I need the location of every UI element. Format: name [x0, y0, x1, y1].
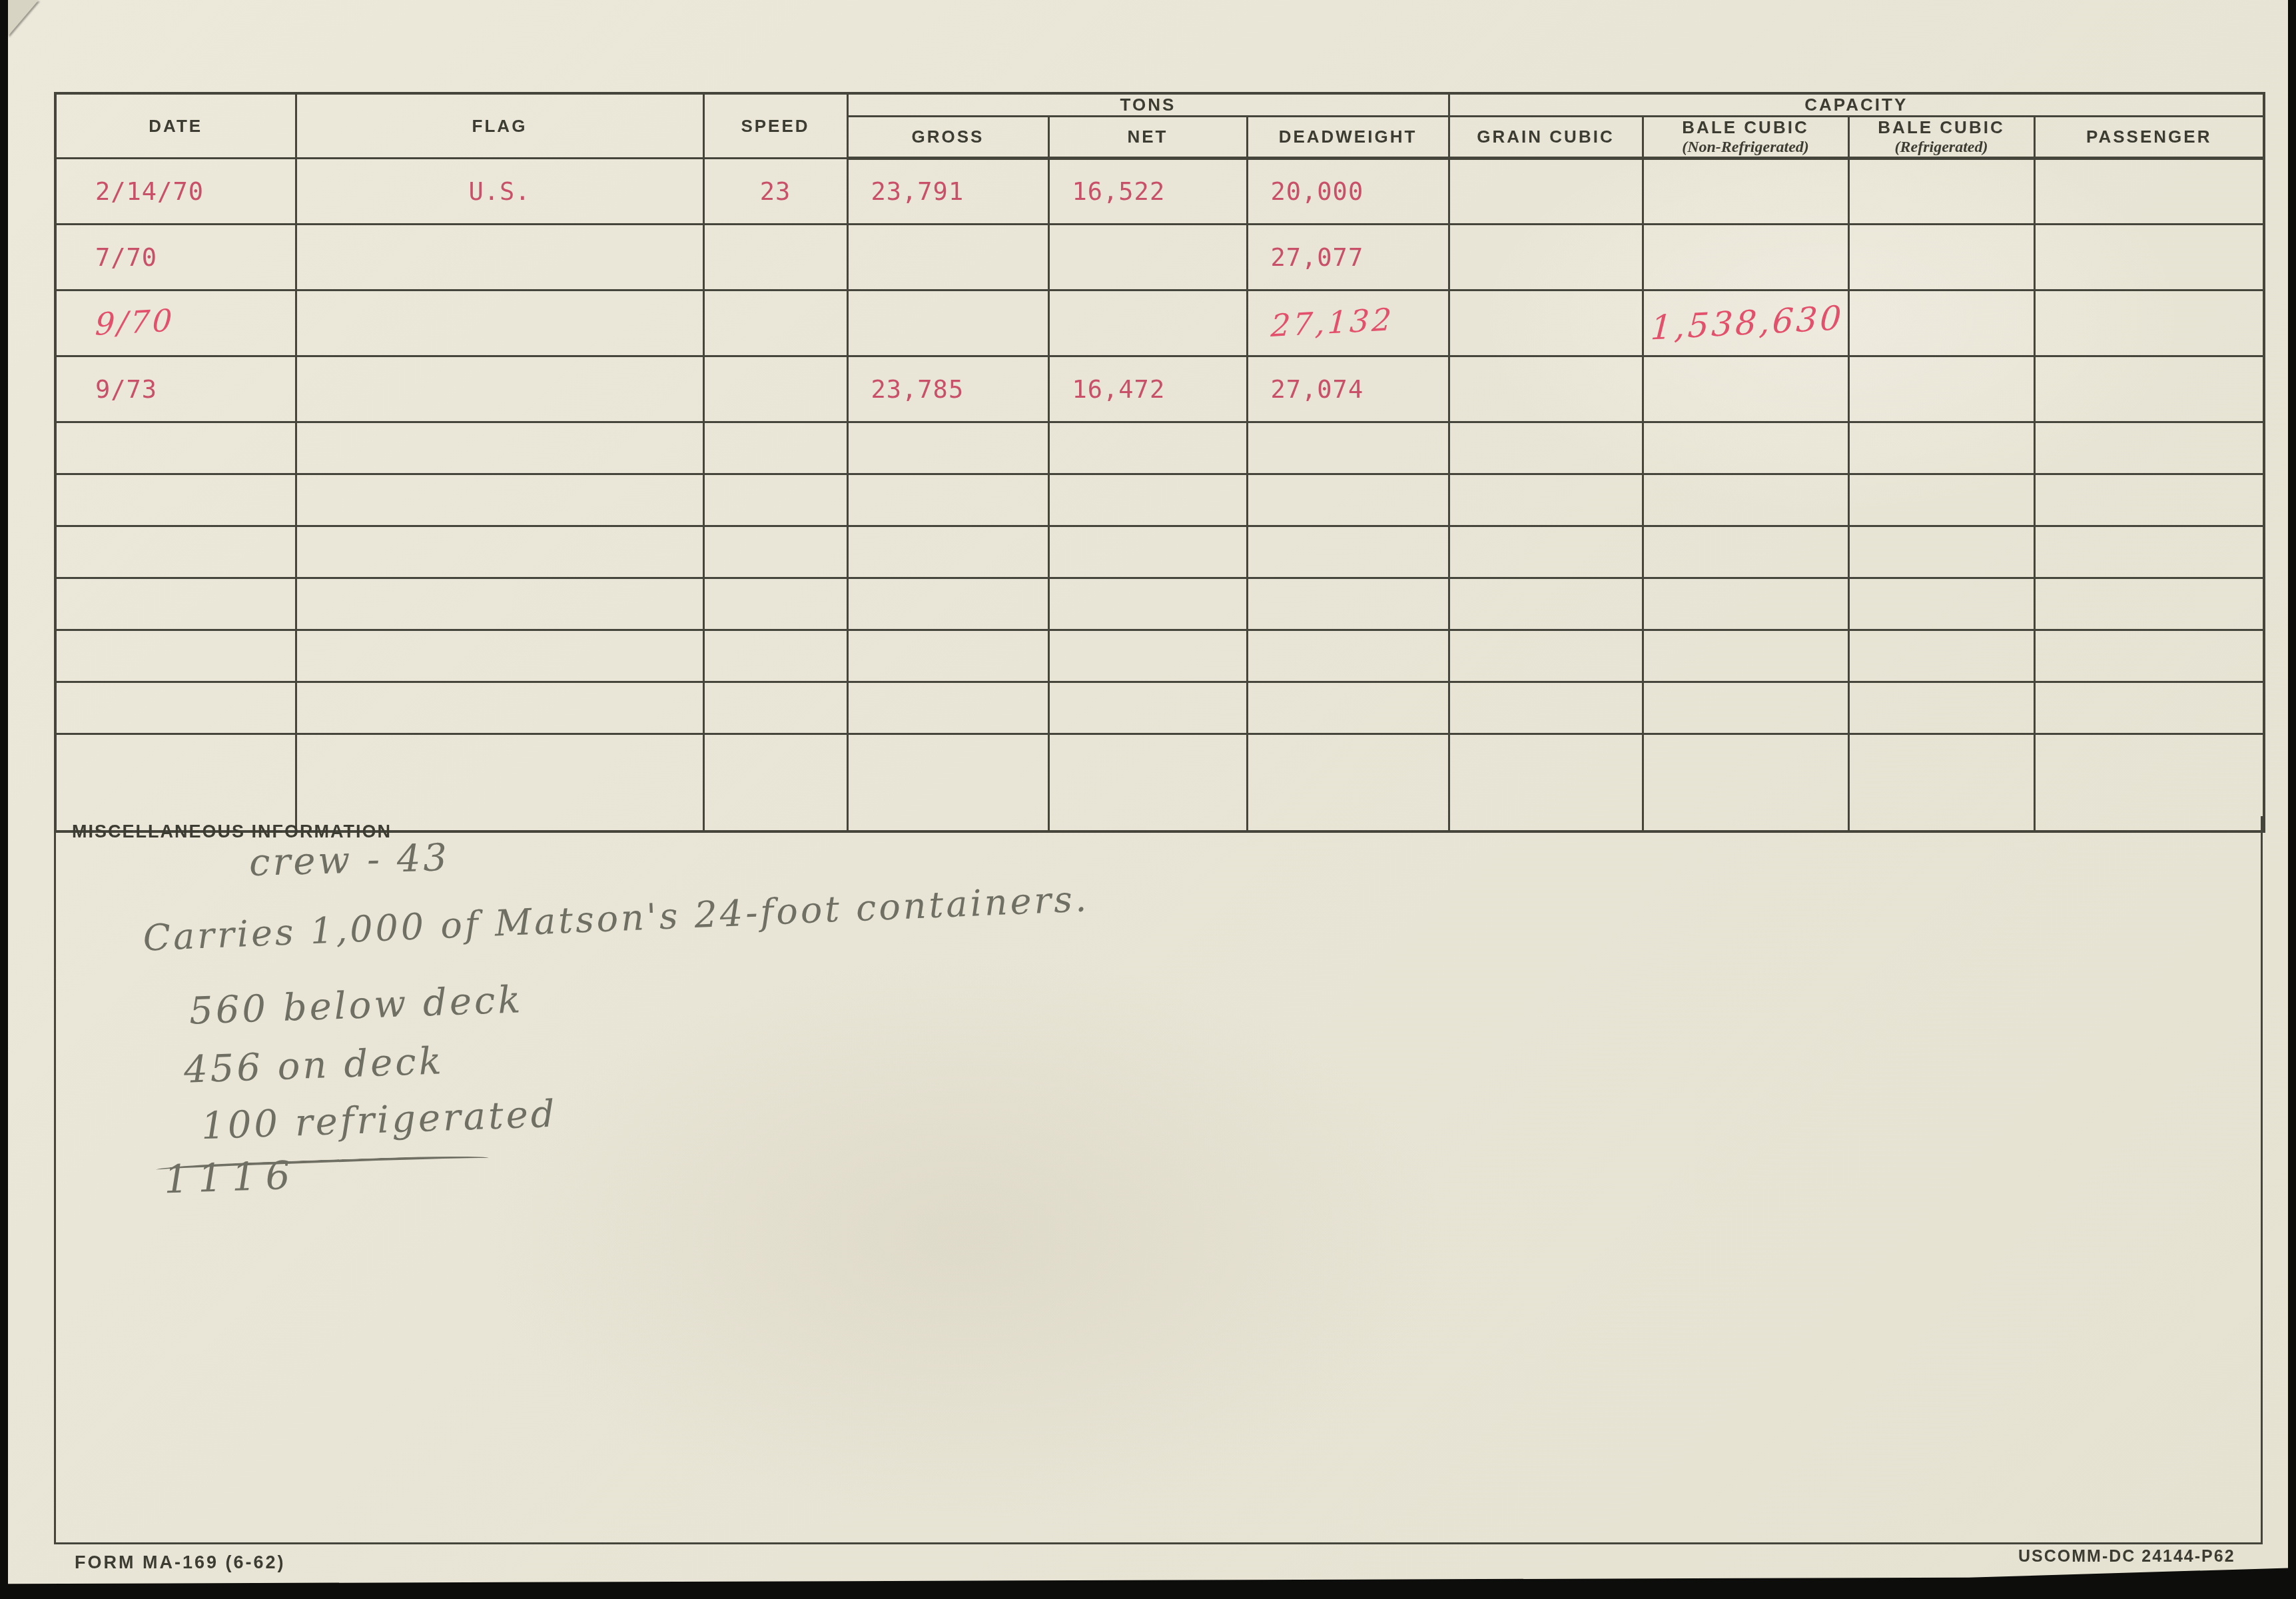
cell-net: 16,472: [1048, 356, 1247, 422]
cell-bale_nonref: [1643, 159, 1848, 225]
cell-flag: [296, 225, 703, 290]
cell-gross: 23,791: [847, 159, 1048, 225]
cell-passenger: [2034, 578, 2264, 630]
cell-bale_nonref: [1643, 474, 1848, 526]
table-row: [55, 422, 2264, 474]
handwritten-containers-note: Carries 1,000 of Matson's 24-foot contai…: [142, 877, 1090, 959]
cell-date: 2/14/70: [55, 159, 296, 225]
cell-passenger: [2034, 526, 2264, 578]
cell-grain_cubic: [1449, 290, 1643, 356]
folded-corner: [8, 0, 39, 36]
typed-value: 16,472: [1050, 375, 1166, 404]
cell-date: [55, 526, 296, 578]
column-header-speed: SPEED: [703, 93, 847, 159]
cell-deadweight: 27,132: [1247, 290, 1449, 356]
table-row: [55, 682, 2264, 734]
cell-speed: [703, 474, 847, 526]
cell-speed: [703, 422, 847, 474]
cell-bale_ref: [1848, 578, 2034, 630]
cell-gross: [847, 290, 1048, 356]
table-row: [55, 474, 2264, 526]
vessel-data-table: DATE FLAG SPEED TONS CAPACITY GROSS NET …: [54, 92, 2265, 833]
column-header-passenger: PASSENGER: [2034, 117, 2264, 159]
typed-value: 2/14/70: [57, 177, 204, 206]
cell-grain_cubic: [1449, 225, 1643, 290]
cell-passenger: [2034, 290, 2264, 356]
cell-speed: [703, 356, 847, 422]
handwritten-value: 27,132: [1247, 301, 1395, 345]
print-code-label: USCOMM-DC 24144-P62: [2018, 1547, 2235, 1566]
cell-speed: [703, 290, 847, 356]
column-header-bale-cubic-ref: BALE CUBIC (Refrigerated): [1848, 117, 2034, 159]
cell-net: [1048, 474, 1247, 526]
cell-deadweight: [1247, 682, 1449, 734]
paper-sheet: DATE FLAG SPEED TONS CAPACITY GROSS NET …: [8, 0, 2288, 1587]
cell-flag: [296, 356, 703, 422]
cell-deadweight: [1247, 422, 1449, 474]
cell-deadweight: [1247, 630, 1449, 682]
column-header-date: DATE: [55, 93, 296, 159]
cell-deadweight: 20,000: [1247, 159, 1449, 225]
cell-speed: 23: [703, 159, 847, 225]
cell-passenger: [2034, 356, 2264, 422]
cell-gross: [847, 578, 1048, 630]
cell-speed: [703, 682, 847, 734]
typed-value: 27,077: [1248, 243, 1364, 272]
cell-net: [1048, 578, 1247, 630]
cell-deadweight: 27,077: [1247, 225, 1449, 290]
cell-grain_cubic: [1449, 422, 1643, 474]
cell-gross: [847, 526, 1048, 578]
column-group-tons: TONS: [847, 93, 1449, 117]
column-header-deadweight: DEADWEIGHT: [1247, 117, 1449, 159]
column-group-capacity: CAPACITY: [1449, 93, 2264, 117]
typed-value: 20,000: [1248, 177, 1364, 206]
cell-net: [1048, 290, 1247, 356]
column-header-gross: GROSS: [847, 117, 1048, 159]
cell-net: [1048, 225, 1247, 290]
cell-bale_ref: [1848, 474, 2034, 526]
handwritten-crew-note: crew - 43: [248, 836, 450, 885]
cell-bale_ref: [1848, 630, 2034, 682]
cell-net: [1048, 630, 1247, 682]
column-header-bale-cubic-nonref: BALE CUBIC (Non-Refrigerated): [1643, 117, 1848, 159]
cell-deadweight: [1247, 474, 1449, 526]
cell-deadweight: [1247, 578, 1449, 630]
table-row: 7/7027,077: [55, 225, 2264, 290]
cell-passenger: [2034, 422, 2264, 474]
typed-value: 23,785: [849, 375, 964, 404]
cell-passenger: [2034, 474, 2264, 526]
cell-bale_ref: [1848, 225, 2034, 290]
handwritten-on-deck-note: 456 on deck: [183, 1039, 445, 1092]
cell-flag: [296, 526, 703, 578]
cell-bale_ref: [1848, 290, 2034, 356]
cell-grain_cubic: [1449, 630, 1643, 682]
cell-speed: [703, 225, 847, 290]
cell-net: [1048, 422, 1247, 474]
bale-nonref-title: BALE CUBIC: [1682, 117, 1808, 137]
cell-date: [55, 682, 296, 734]
cell-gross: [847, 630, 1048, 682]
cell-date: 7/70: [55, 225, 296, 290]
typed-value: 7/70: [57, 243, 157, 272]
table-row: [55, 578, 2264, 630]
typed-value: U.S.: [468, 177, 530, 206]
cell-passenger: [2034, 225, 2264, 290]
typed-value: 27,074: [1248, 375, 1364, 404]
cell-date: [55, 630, 296, 682]
cell-bale_nonref: 1,538,630: [1643, 290, 1848, 356]
cell-net: [1048, 682, 1247, 734]
cell-gross: 23,785: [847, 356, 1048, 422]
cell-bale_nonref: [1643, 630, 1848, 682]
handwritten-value: 9/70: [56, 302, 176, 344]
cell-flag: [296, 422, 703, 474]
miscellaneous-information-box: MISCELLANEOUS INFORMATION crew - 43 Carr…: [54, 816, 2263, 1544]
cell-bale_ref: [1848, 159, 2034, 225]
form-number-label: FORM MA-169 (6-62): [75, 1552, 286, 1573]
cell-bale_nonref: [1643, 682, 1848, 734]
cell-gross: [847, 474, 1048, 526]
cell-deadweight: [1247, 526, 1449, 578]
cell-grain_cubic: [1449, 474, 1643, 526]
cell-flag: [296, 630, 703, 682]
cell-bale_ref: [1848, 356, 2034, 422]
cell-bale_nonref: [1643, 422, 1848, 474]
table-header: DATE FLAG SPEED TONS CAPACITY GROSS NET …: [55, 93, 2264, 159]
bale-nonref-subtitle: (Non-Refrigerated): [1644, 139, 1848, 157]
cell-passenger: [2034, 630, 2264, 682]
cell-passenger: [2034, 682, 2264, 734]
cell-date: [55, 474, 296, 526]
table-row: 9/7027,1321,538,630: [55, 290, 2264, 356]
cell-net: [1048, 526, 1247, 578]
cell-bale_nonref: [1643, 526, 1848, 578]
cell-grain_cubic: [1449, 682, 1643, 734]
table-row: 9/7323,78516,47227,074: [55, 356, 2264, 422]
cell-bale_ref: [1848, 422, 2034, 474]
typed-value: 23: [760, 177, 791, 206]
cell-speed: [703, 630, 847, 682]
cell-grain_cubic: [1449, 578, 1643, 630]
cell-grain_cubic: [1449, 526, 1643, 578]
table-row: [55, 630, 2264, 682]
handwritten-value: 1,538,630: [1643, 298, 1844, 348]
column-header-net: NET: [1048, 117, 1247, 159]
cell-speed: [703, 526, 847, 578]
cell-bale_nonref: [1643, 225, 1848, 290]
cell-bale_ref: [1848, 526, 2034, 578]
typed-value: 9/73: [57, 375, 157, 404]
table-row: [55, 526, 2264, 578]
bale-ref-subtitle: (Refrigerated): [1850, 139, 2034, 157]
typed-value: 16,522: [1050, 177, 1166, 206]
cell-deadweight: 27,074: [1247, 356, 1449, 422]
scanned-form-page: { "colors":{ "paper":"#e9e5d6", "scan_ba…: [0, 0, 2296, 1599]
cell-grain_cubic: [1449, 159, 1643, 225]
handwritten-refrigerated-note: 100 refrigerated: [200, 1093, 558, 1149]
table-body: 2/14/70U.S.2323,79116,52220,0007/7027,07…: [55, 159, 2264, 831]
handwritten-total-note: 1116: [163, 1152, 300, 1202]
cell-speed: [703, 578, 847, 630]
cell-gross: [847, 682, 1048, 734]
cell-flag: [296, 578, 703, 630]
cell-bale_ref: [1848, 682, 2034, 734]
cell-date: [55, 422, 296, 474]
cell-date: [55, 578, 296, 630]
table-row: 2/14/70U.S.2323,79116,52220,000: [55, 159, 2264, 225]
cell-flag: [296, 290, 703, 356]
cell-passenger: [2034, 159, 2264, 225]
cell-flag: [296, 682, 703, 734]
cell-bale_nonref: [1643, 578, 1848, 630]
cell-flag: U.S.: [296, 159, 703, 225]
handwritten-below-deck-note: 560 below deck: [189, 978, 524, 1033]
cell-date: 9/70: [55, 290, 296, 356]
cell-grain_cubic: [1449, 356, 1643, 422]
typed-value: 23,791: [849, 177, 964, 206]
cell-net: 16,522: [1048, 159, 1247, 225]
cell-bale_nonref: [1643, 356, 1848, 422]
cell-gross: [847, 225, 1048, 290]
cell-date: 9/73: [55, 356, 296, 422]
cell-flag: [296, 474, 703, 526]
column-header-grain-cubic: GRAIN CUBIC: [1449, 117, 1643, 159]
column-header-flag: FLAG: [296, 93, 703, 159]
cell-gross: [847, 422, 1048, 474]
bale-ref-title: BALE CUBIC: [1878, 117, 2004, 137]
